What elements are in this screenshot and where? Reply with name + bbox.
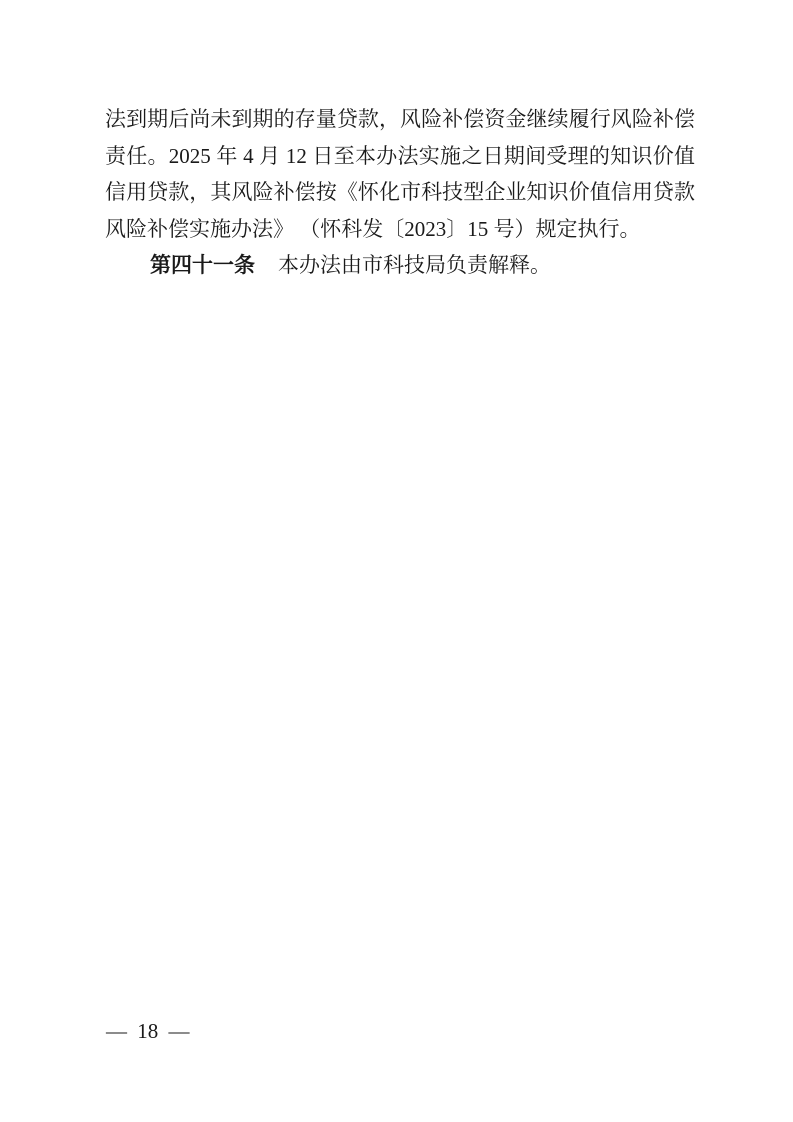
paragraph-line: 责任。2025 年 4 月 12 日至本办法实施之日期间受理的知识价值: [105, 138, 695, 175]
article-41-number: 第四十一条: [150, 253, 255, 277]
paragraph-line: 信用贷款，其风险补偿按《怀化市科技型企业知识价值信用贷款: [105, 174, 695, 211]
article-41-text: 本办法由市科技局负责解释。: [278, 253, 551, 277]
document-page: 法到期后尚未到期的存量贷款，风险补偿资金继续履行风险补偿 责任。2025 年 4…: [0, 0, 793, 1122]
article-41-line: 第四十一条本办法由市科技局负责解释。: [105, 247, 695, 284]
paragraph-line: 法到期后尚未到期的存量贷款，风险补偿资金继续履行风险补偿: [105, 101, 695, 138]
page-number: — 18 —: [106, 1019, 190, 1043]
document-body: 法到期后尚未到期的存量贷款，风险补偿资金继续履行风险补偿 责任。2025 年 4…: [105, 101, 695, 284]
paragraph-line: 风险补偿实施办法》 （怀科发〔2023〕15 号）规定执行。: [105, 211, 695, 248]
